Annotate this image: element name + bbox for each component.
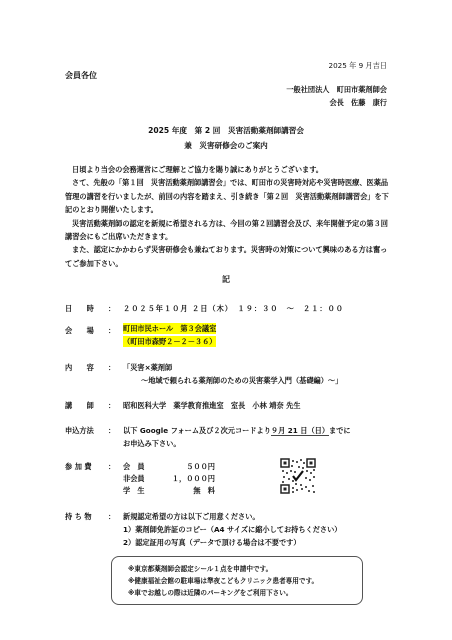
sender-signer: 会長 佐藤 康行 xyxy=(329,99,387,106)
colon: ： xyxy=(108,513,115,520)
apply-label: 申込方法 xyxy=(65,427,94,434)
paragraph: また、認定にかかわらず災害研修会も兼ねております。災害時の対策について興味のある… xyxy=(65,243,390,270)
colon: ： xyxy=(108,427,115,434)
apply-deadline: ９月 21 日（日） xyxy=(271,426,329,436)
items-label: 持 ち 物 xyxy=(65,513,92,520)
venue-name: 町田市民ホール 第３会議室 xyxy=(123,325,216,332)
colon: ： xyxy=(108,364,115,371)
fee-label: 参 加 費 xyxy=(65,463,92,470)
fee-amount: 無 料 xyxy=(165,487,215,494)
content-line2: ～地域で頼られる薬剤師のための災害薬学入門（基礎編）～」 xyxy=(141,377,342,384)
body-text: 日頃より当会の会務運営にご理解とご協力を賜り誠にありがとうございます。 さて、先… xyxy=(65,163,390,270)
fee-type: 会 員 xyxy=(123,463,145,470)
fee-type: 非会員 xyxy=(123,475,145,482)
document-date: 2025 年 9 月吉日 xyxy=(329,62,387,69)
datetime-value: ２０２５年１０月 ２日（木） １９：３０ ～ ２１：００ xyxy=(123,305,344,312)
page-subtitle: 兼 災害研修会のご案内 xyxy=(0,142,452,150)
items-line3: 2）認定証用の写真（データで頂ける場合は不要です） xyxy=(123,539,301,546)
sender-org: 一般社団法人 町田市薬剤師会 xyxy=(286,86,387,93)
page-title: 2025 年度 第 2 回 災害活動薬剤師講習会 xyxy=(0,127,452,135)
apply-line1: 以下 Google フォーム及び２次元コードより９月 21 日（日）までに xyxy=(123,427,351,434)
lecturer-value: 昭和医科大学 薬学教育推進室 室長 小林 靖奈 先生 xyxy=(123,402,301,409)
apply-line2: お申込み下さい。 xyxy=(123,440,181,447)
content-line1: 「災害×薬剤師 xyxy=(123,364,172,371)
ki-heading: 記 xyxy=(0,276,452,284)
colon: ： xyxy=(108,327,115,334)
paragraph: 日頃より当会の会務運営にご理解とご協力を賜り誠にありがとうございます。 xyxy=(65,163,390,176)
colon: ： xyxy=(108,305,115,312)
colon: ： xyxy=(108,402,115,409)
apply-text-post: までに xyxy=(329,426,351,435)
note-item: ※車でお越しの際は近隣のパーキングをご利用下さい。 xyxy=(128,590,292,597)
items-line1: 新規認定希望の方は以下ご用意ください。 xyxy=(123,513,260,520)
fee-type: 学 生 xyxy=(123,487,145,494)
venue-label: 会 場 xyxy=(65,327,94,334)
lecturer-label: 講 師 xyxy=(65,402,94,409)
apply-text: 以下 Google フォーム及び２次元コードより xyxy=(123,426,271,435)
venue-address: （町田市森野２－２－３６） xyxy=(123,338,216,345)
datetime-label: 日 時 xyxy=(65,305,94,312)
notes-box: ※東京都薬剤師会認定シール１点を申請中です。 ※健康福祉会館の駐車場は準夜こども… xyxy=(111,556,363,605)
note-item: ※健康福祉会館の駐車場は準夜こどもクリニック患者専用です。 xyxy=(128,578,318,585)
fee-amount: ５００円 xyxy=(165,463,215,470)
note-item: ※東京都薬剤師会認定シール１点を申請中です。 xyxy=(128,566,272,573)
venue-address-text: （町田市森野２－２－３６） xyxy=(123,336,216,347)
paragraph: 災害活動薬剤師の認定を新規に希望される方は、今回の第２回講習会及び、来年開催予定… xyxy=(65,217,390,244)
venue-name-text: 町田市民ホール 第３会議室 xyxy=(123,323,216,334)
qr-code-icon[interactable] xyxy=(280,458,316,494)
content-label: 内 容 xyxy=(65,364,94,371)
fee-amount: １，０００円 xyxy=(155,475,215,482)
paragraph: さて、先般の「第１回 災害活動薬剤師講習会」では、町田市の災害時対応や災害時医療… xyxy=(65,176,390,216)
addressee: 会員各位 xyxy=(65,72,97,80)
items-line2: 1）薬剤師免許証のコピー（A4 サイズに縮小してお持ちください） xyxy=(123,526,341,533)
colon: ： xyxy=(108,463,115,470)
